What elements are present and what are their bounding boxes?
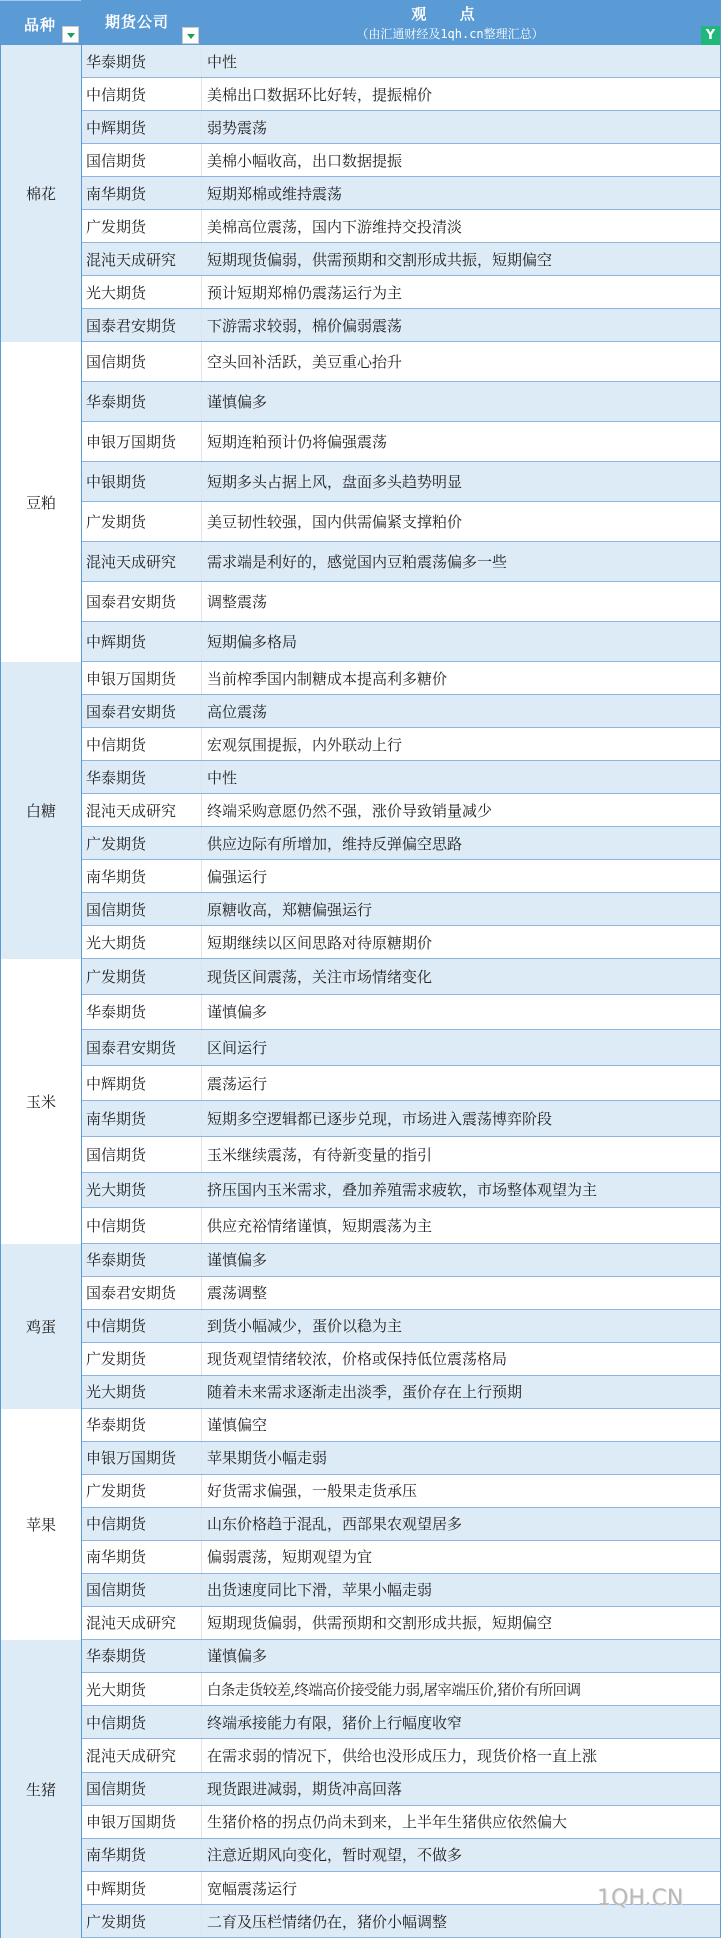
view-cell: 短期现货偏弱，供需预期和交割形成共振，短期偏空	[202, 243, 720, 275]
table-row[interactable]: 南华期货短期郑棉或维持震荡	[82, 177, 721, 210]
company-filter-dropdown-icon[interactable]	[182, 27, 199, 44]
category-filter-dropdown-icon[interactable]	[62, 26, 79, 43]
view-cell: 苹果期货小幅走弱	[202, 1442, 720, 1474]
company-cell: 南华期货	[82, 1541, 202, 1573]
company-cell: 国泰君安期货	[82, 1277, 202, 1309]
table-row[interactable]: 光大期货挤压国内玉米需求，叠加养殖需求疲软，市场整体观望为主	[82, 1173, 721, 1209]
table-row[interactable]: 南华期货短期多空逻辑都已逐步兑现，市场进入震荡博弈阶段	[82, 1101, 721, 1137]
table-row[interactable]: 国信期货美棉小幅收高，出口数据提振	[82, 144, 721, 177]
view-cell: 终端承接能力有限，猪价上行幅度收窄	[202, 1706, 720, 1738]
table-row[interactable]: 混沌天成研究短期现货偏弱，供需预期和交割形成共振，短期偏空	[82, 243, 721, 276]
view-cell: 短期连粕预计仍将偏强震荡	[202, 422, 720, 461]
company-cell: 广发期货	[82, 959, 202, 994]
table-row[interactable]: 中辉期货震荡运行	[82, 1066, 721, 1102]
company-cell: 中信期货	[82, 78, 202, 110]
section-5: 苹果华泰期货谨慎偏空申银万国期货苹果期货小幅走弱广发期货好货需求偏强，一般果走货…	[0, 1409, 721, 1640]
table-row[interactable]: 光大期货预计短期郑棉仍震荡运行为主	[82, 276, 721, 309]
section-rows: 华泰期货谨慎偏多国泰君安期货震荡调整中信期货到货小幅减少，蛋价以稳为主广发期货现…	[82, 1244, 721, 1409]
view-cell: 生猪价格的拐点仍尚未到来，上半年生猪供应依然偏大	[202, 1806, 720, 1838]
table-row[interactable]: 中信期货供应充裕情绪谨慎，短期震荡为主	[82, 1208, 721, 1244]
table-row[interactable]: 华泰期货谨慎偏多	[82, 1244, 721, 1277]
table-row[interactable]: 国信期货玉米继续震荡，有待新变量的指引	[82, 1137, 721, 1173]
watermark: 1QH.CN	[597, 1886, 683, 1911]
view-cell: 中性	[202, 45, 720, 77]
company-cell: 国信期货	[82, 1773, 202, 1805]
table-row[interactable]: 华泰期货谨慎偏多	[82, 382, 721, 422]
company-cell: 南华期货	[82, 860, 202, 892]
section-2: 白糖申银万国期货当前榨季国内制糖成本提高利多糖价国泰君安期货高位震荡中信期货宏观…	[0, 662, 721, 959]
company-cell: 国信期货	[82, 1137, 202, 1172]
view-cell: 挤压国内玉米需求，叠加养殖需求疲软，市场整体观望为主	[202, 1173, 720, 1208]
company-cell: 华泰期货	[82, 45, 202, 77]
table-row[interactable]: 中信期货宏观氛围提振，内外联动上行	[82, 728, 721, 761]
view-cell: 在需求弱的情况下，供给也没形成压力，现货价格一直上涨	[202, 1739, 720, 1771]
company-cell: 广发期货	[82, 1475, 202, 1507]
company-cell: 申银万国期货	[82, 422, 202, 461]
category-cell: 玉米	[1, 959, 82, 1244]
table-row[interactable]: 华泰期货谨慎偏多	[82, 1640, 721, 1673]
view-cell: 需求端是利好的，感觉国内豆粕震荡偏多一些	[202, 542, 720, 581]
company-cell: 广发期货	[82, 502, 202, 541]
table-row[interactable]: 华泰期货中性	[82, 761, 721, 794]
view-cell: 当前榨季国内制糖成本提高利多糖价	[202, 662, 720, 694]
section-4: 鸡蛋华泰期货谨慎偏多国泰君安期货震荡调整中信期货到货小幅减少，蛋价以稳为主广发期…	[0, 1244, 721, 1409]
view-cell: 玉米继续震荡，有待新变量的指引	[202, 1137, 720, 1172]
company-cell: 国信期货	[82, 342, 202, 381]
table-row[interactable]: 中信期货到货小幅减少，蛋价以稳为主	[82, 1310, 721, 1343]
view-cell: 谨慎偏多	[202, 995, 720, 1030]
company-cell: 中信期货	[82, 1310, 202, 1342]
table-row[interactable]: 中信期货终端承接能力有限，猪价上行幅度收窄	[82, 1706, 721, 1739]
category-cell: 鸡蛋	[1, 1244, 82, 1409]
section-1: 豆粕国信期货空头回补活跃，美豆重心抬升华泰期货谨慎偏多申银万国期货短期连粕预计仍…	[0, 342, 721, 662]
view-cell: 调整震荡	[202, 582, 720, 621]
company-cell: 华泰期货	[82, 761, 202, 793]
company-cell: 南华期货	[82, 1101, 202, 1136]
view-cell: 美豆韧性较强，国内供需偏紧支撑粕价	[202, 502, 720, 541]
company-cell: 国泰君安期货	[82, 309, 202, 341]
futures-opinion-table: 棉花华泰期货中性中信期货美棉出口数据环比好转，提振棉价中辉期货弱势震荡国信期货美…	[0, 45, 721, 1938]
view-cell: 高位震荡	[202, 695, 720, 727]
view-cell: 中性	[202, 761, 720, 793]
view-cell: 谨慎偏空	[202, 1409, 720, 1441]
table-row[interactable]: 广发期货供应边际有所增加，维持反弹偏空思路	[82, 827, 721, 860]
category-cell: 苹果	[1, 1409, 82, 1640]
table-row[interactable]: 国泰君安期货调整震荡	[82, 582, 721, 622]
section-3: 玉米广发期货现货区间震荡，关注市场情绪变化华泰期货谨慎偏多国泰君安期货区间运行中…	[0, 959, 721, 1244]
header-company-label: 期货公司	[105, 11, 169, 32]
view-cell: 随着未来需求逐渐走出淡季，蛋价存在上行预期	[202, 1376, 720, 1408]
company-cell: 国泰君安期货	[82, 695, 202, 727]
table-row[interactable]: 中辉期货弱势震荡	[82, 111, 721, 144]
table-row[interactable]: 中信期货山东价格趋于混乱，西部果农观望居多	[82, 1508, 721, 1541]
company-cell: 中信期货	[82, 1508, 202, 1540]
view-cell: 谨慎偏多	[202, 1640, 720, 1672]
view-cell: 出货速度同比下滑，苹果小幅走弱	[202, 1574, 720, 1606]
view-cell: 下游需求较弱，棉价偏弱震荡	[202, 309, 720, 341]
company-cell: 国信期货	[82, 144, 202, 176]
company-cell: 中辉期货	[82, 1872, 202, 1904]
table-row[interactable]: 光大期货随着未来需求逐渐走出淡季，蛋价存在上行预期	[82, 1376, 721, 1409]
view-cell: 短期多头占据上风，盘面多头趋势明显	[202, 462, 720, 501]
view-cell: 谨慎偏多	[202, 1244, 720, 1276]
company-cell: 广发期货	[82, 1343, 202, 1375]
category-cell: 白糖	[1, 662, 82, 959]
header-category-label: 品种	[24, 14, 56, 35]
company-cell: 中银期货	[82, 462, 202, 501]
table-row[interactable]: 国泰君安期货区间运行	[82, 1030, 721, 1066]
view-cell: 供应边际有所增加，维持反弹偏空思路	[202, 827, 720, 859]
table-row[interactable]: 申银万国期货苹果期货小幅走弱	[82, 1442, 721, 1475]
table-row[interactable]: 混沌天成研究短期现货偏弱，供需预期和交割形成共振，短期偏空	[82, 1607, 721, 1640]
header-category: 品种	[0, 0, 81, 45]
company-cell: 国信期货	[82, 1574, 202, 1606]
view-cell: 短期多空逻辑都已逐步兑现，市场进入震荡博弈阶段	[202, 1101, 720, 1136]
section-rows: 华泰期货谨慎偏空申银万国期货苹果期货小幅走弱广发期货好货需求偏强，一般果走货承压…	[82, 1409, 721, 1640]
table-row[interactable]: 光大期货白条走货较差,终端高价接受能力弱,屠宰端压价,猪价有所回调	[82, 1673, 721, 1706]
view-cell: 空头回补活跃，美豆重心抬升	[202, 342, 720, 381]
table-row[interactable]: 中辉期货短期偏多格局	[82, 622, 721, 662]
table-row[interactable]: 国信期货原糖收高，郑糖偏强运行	[82, 893, 721, 926]
table-row[interactable]: 混沌天成研究终端采购意愿仍然不强，涨价导致销量减少	[82, 794, 721, 827]
view-cell: 注意近期风向变化，暂时观望，不做多	[202, 1839, 720, 1871]
table-row[interactable]: 华泰期货谨慎偏多	[82, 995, 721, 1031]
view-cell: 现货区间震荡，关注市场情绪变化	[202, 959, 720, 994]
table-row[interactable]: 广发期货好货需求偏强，一般果走货承压	[82, 1475, 721, 1508]
table-row[interactable]: 华泰期货中性	[82, 45, 721, 78]
view-cell: 现货观望情绪较浓，价格或保持低位震荡格局	[202, 1343, 720, 1375]
company-cell: 混沌天成研究	[82, 794, 202, 826]
view-cell: 震荡运行	[202, 1066, 720, 1101]
company-cell: 华泰期货	[82, 995, 202, 1030]
header-company: 期货公司	[81, 0, 201, 45]
company-cell: 混沌天成研究	[82, 542, 202, 581]
view-cell: 偏强运行	[202, 860, 720, 892]
section-rows: 华泰期货中性中信期货美棉出口数据环比好转，提振棉价中辉期货弱势震荡国信期货美棉小…	[82, 45, 721, 342]
category-cell: 生猪	[1, 1640, 82, 1939]
table-row[interactable]: 国信期货出货速度同比下滑，苹果小幅走弱	[82, 1574, 721, 1607]
table-row[interactable]: 国泰君安期货下游需求较弱，棉价偏弱震荡	[82, 309, 721, 342]
table-row[interactable]: 南华期货注意近期风向变化，暂时观望，不做多	[82, 1839, 721, 1872]
table-row[interactable]: 广发期货美豆韧性较强，国内供需偏紧支撑粕价	[82, 502, 721, 542]
company-cell: 华泰期货	[82, 1244, 202, 1276]
section-rows: 广发期货现货区间震荡，关注市场情绪变化华泰期货谨慎偏多国泰君安期货区间运行中辉期…	[82, 959, 721, 1244]
view-cell: 偏弱震荡，短期观望为宜	[202, 1541, 720, 1573]
section-rows: 国信期货空头回补活跃，美豆重心抬升华泰期货谨慎偏多申银万国期货短期连粕预计仍将偏…	[82, 342, 721, 662]
view-cell: 美棉出口数据环比好转，提振棉价	[202, 78, 720, 110]
company-cell: 国泰君安期货	[82, 582, 202, 621]
view-cell: 短期现货偏弱，供需预期和交割形成共振，短期偏空	[202, 1607, 720, 1639]
view-cell: 预计短期郑棉仍震荡运行为主	[202, 276, 720, 308]
table-row[interactable]: 申银万国期货当前榨季国内制糖成本提高利多糖价	[82, 662, 721, 695]
company-cell: 中辉期货	[82, 622, 202, 661]
company-cell: 广发期货	[82, 827, 202, 859]
company-cell: 国信期货	[82, 893, 202, 925]
company-cell: 混沌天成研究	[82, 243, 202, 275]
table-row[interactable]: 申银万国期货生猪价格的拐点仍尚未到来，上半年生猪供应依然偏大	[82, 1806, 721, 1839]
filter-icon[interactable]: Y	[701, 26, 720, 45]
view-cell: 好货需求偏强，一般果走货承压	[202, 1475, 720, 1507]
company-cell: 中辉期货	[82, 1066, 202, 1101]
view-cell: 区间运行	[202, 1030, 720, 1065]
view-cell: 短期继续以区间思路对待原糖期价	[202, 926, 720, 958]
company-cell: 广发期货	[82, 1905, 202, 1937]
view-cell: 宏观氛围提振，内外联动上行	[202, 728, 720, 760]
table-row[interactable]: 广发期货现货区间震荡，关注市场情绪变化	[82, 959, 721, 995]
view-cell: 震荡调整	[202, 1277, 720, 1309]
company-cell: 申银万国期货	[82, 662, 202, 694]
company-cell: 广发期货	[82, 210, 202, 242]
company-cell: 中信期货	[82, 1706, 202, 1738]
company-cell: 光大期货	[82, 1673, 202, 1705]
table-row[interactable]: 光大期货短期继续以区间思路对待原糖期价	[82, 926, 721, 959]
company-cell: 光大期货	[82, 276, 202, 308]
company-cell: 中信期货	[82, 1208, 202, 1243]
company-cell: 光大期货	[82, 1376, 202, 1408]
company-cell: 混沌天成研究	[82, 1607, 202, 1639]
view-cell: 山东价格趋于混乱，西部果农观望居多	[202, 1508, 720, 1540]
table-row[interactable]: 南华期货偏强运行	[82, 860, 721, 893]
table-row[interactable]: 中银期货短期多头占据上风，盘面多头趋势明显	[82, 462, 721, 502]
category-cell: 豆粕	[1, 342, 82, 662]
view-cell: 原糖收高，郑糖偏强运行	[202, 893, 720, 925]
view-cell: 现货跟进减弱，期货冲高回落	[202, 1773, 720, 1805]
view-cell: 美棉高位震荡，国内下游维持交投清淡	[202, 210, 720, 242]
view-cell: 白条走货较差,终端高价接受能力弱,屠宰端压价,猪价有所回调	[202, 1673, 720, 1705]
company-cell: 华泰期货	[82, 1409, 202, 1441]
company-cell: 南华期货	[82, 177, 202, 209]
company-cell: 混沌天成研究	[82, 1739, 202, 1771]
table-header: 品种 期货公司 观 点 （由汇通财经及1qh.cn整理汇总） Y	[0, 0, 721, 45]
table-row[interactable]: 申银万国期货短期连粕预计仍将偏强震荡	[82, 422, 721, 462]
table-row[interactable]: 广发期货美棉高位震荡，国内下游维持交投清淡	[82, 210, 721, 243]
table-row[interactable]: 广发期货现货观望情绪较浓，价格或保持低位震荡格局	[82, 1343, 721, 1376]
company-cell: 国泰君安期货	[82, 1030, 202, 1065]
table-row[interactable]: 混沌天成研究需求端是利好的，感觉国内豆粕震荡偏多一些	[82, 542, 721, 582]
company-cell: 华泰期货	[82, 1640, 202, 1672]
category-cell: 棉花	[1, 45, 82, 342]
company-cell: 华泰期货	[82, 382, 202, 421]
table-row[interactable]: 国信期货现货跟进减弱，期货冲高回落	[82, 1773, 721, 1806]
table-row[interactable]: 中信期货美棉出口数据环比好转，提振棉价	[82, 78, 721, 111]
section-0: 棉花华泰期货中性中信期货美棉出口数据环比好转，提振棉价中辉期货弱势震荡国信期货美…	[0, 45, 721, 342]
view-cell: 到货小幅减少，蛋价以稳为主	[202, 1310, 720, 1342]
company-cell: 申银万国期货	[82, 1806, 202, 1838]
table-row[interactable]: 国泰君安期货震荡调整	[82, 1277, 721, 1310]
view-cell: 弱势震荡	[202, 111, 720, 143]
view-cell: 美棉小幅收高，出口数据提振	[202, 144, 720, 176]
table-row[interactable]: 国泰君安期货高位震荡	[82, 695, 721, 728]
company-cell: 中辉期货	[82, 111, 202, 143]
view-cell: 供应充裕情绪谨慎，短期震荡为主	[202, 1208, 720, 1243]
table-row[interactable]: 南华期货偏弱震荡，短期观望为宜	[82, 1541, 721, 1574]
company-cell: 光大期货	[82, 926, 202, 958]
table-row[interactable]: 国信期货空头回补活跃，美豆重心抬升	[82, 342, 721, 382]
company-cell: 南华期货	[82, 1839, 202, 1871]
view-cell: 谨慎偏多	[202, 382, 720, 421]
header-view-subtitle: （由汇通财经及1qh.cn整理汇总）	[200, 25, 700, 42]
header-view-title: 观 点	[200, 3, 700, 24]
company-cell: 申银万国期货	[82, 1442, 202, 1474]
company-cell: 中信期货	[82, 728, 202, 760]
table-row[interactable]: 华泰期货谨慎偏空	[82, 1409, 721, 1442]
view-cell: 终端采购意愿仍然不强，涨价导致销量减少	[202, 794, 720, 826]
view-cell: 短期郑棉或维持震荡	[202, 177, 720, 209]
table-row[interactable]: 混沌天成研究在需求弱的情况下，供给也没形成压力，现货价格一直上涨	[82, 1739, 721, 1772]
company-cell: 光大期货	[82, 1173, 202, 1208]
section-rows: 申银万国期货当前榨季国内制糖成本提高利多糖价国泰君安期货高位震荡中信期货宏观氛围…	[82, 662, 721, 959]
view-cell: 短期偏多格局	[202, 622, 720, 661]
